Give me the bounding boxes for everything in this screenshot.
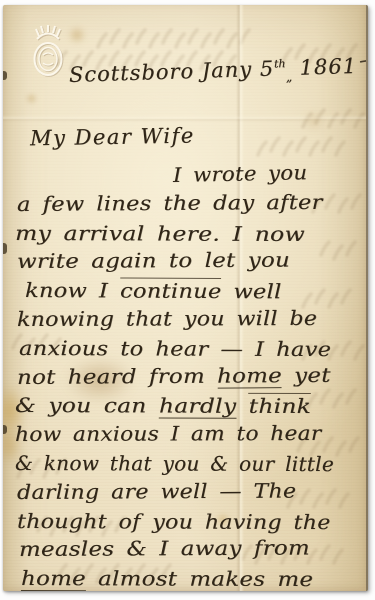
marked-word: hardly: [159, 394, 236, 419]
salutation: My Dear Wife: [30, 124, 195, 151]
dateline-place-date: Scottsboro Jany 5: [69, 57, 275, 87]
marked-word: home: [217, 363, 282, 388]
dateline-ordinal: th: [274, 57, 286, 70]
letter-line: I wrote you: [173, 157, 368, 190]
marked-word: home: [21, 566, 86, 591]
letter-line: how anxious I am to hear: [15, 419, 368, 449]
flourish-stroke: [359, 58, 368, 75]
letter-line: measles & I away from: [19, 533, 368, 564]
letter-paper: Scottsboro Jany 5th„ 1861 My Dear Wife I…: [3, 5, 368, 591]
stain-spot: [25, 93, 38, 104]
letter-line: not heard from home yet: [17, 360, 368, 392]
paper-nick: [3, 71, 7, 80]
stain-spot: [303, 113, 325, 129]
letter-line: my arrival here. I now: [15, 219, 368, 249]
letter-line: anxious to hear — I have: [19, 334, 368, 364]
marked-word: think: [249, 393, 312, 418]
letter-line: darling are well — The: [17, 476, 368, 507]
dateline-ordinal-marks: „: [286, 70, 293, 84]
letter-line: a few lines the day after: [17, 187, 368, 219]
letter-line: know I continue well: [25, 276, 368, 307]
letter-line: knowing that you will be: [17, 304, 368, 334]
letter-scan: Scottsboro Jany 5th„ 1861 My Dear Wife I…: [0, 0, 375, 600]
letter-line: & you can hardly think: [15, 391, 368, 421]
letter-line: & know that you & our little: [15, 449, 364, 479]
letter-body: I wrote youa few lines the day aftermy a…: [15, 161, 364, 591]
paper-nick: [3, 425, 7, 434]
embossed-seal-icon: [23, 23, 73, 79]
letter-line: home almost makes me: [21, 564, 368, 591]
letter-line: write again to let you: [17, 245, 368, 276]
marked-word: continue: [120, 278, 222, 304]
paper-nick: [3, 243, 7, 254]
letter-line: thought of you having the: [17, 507, 368, 537]
dateline-year: 1861: [299, 54, 357, 80]
